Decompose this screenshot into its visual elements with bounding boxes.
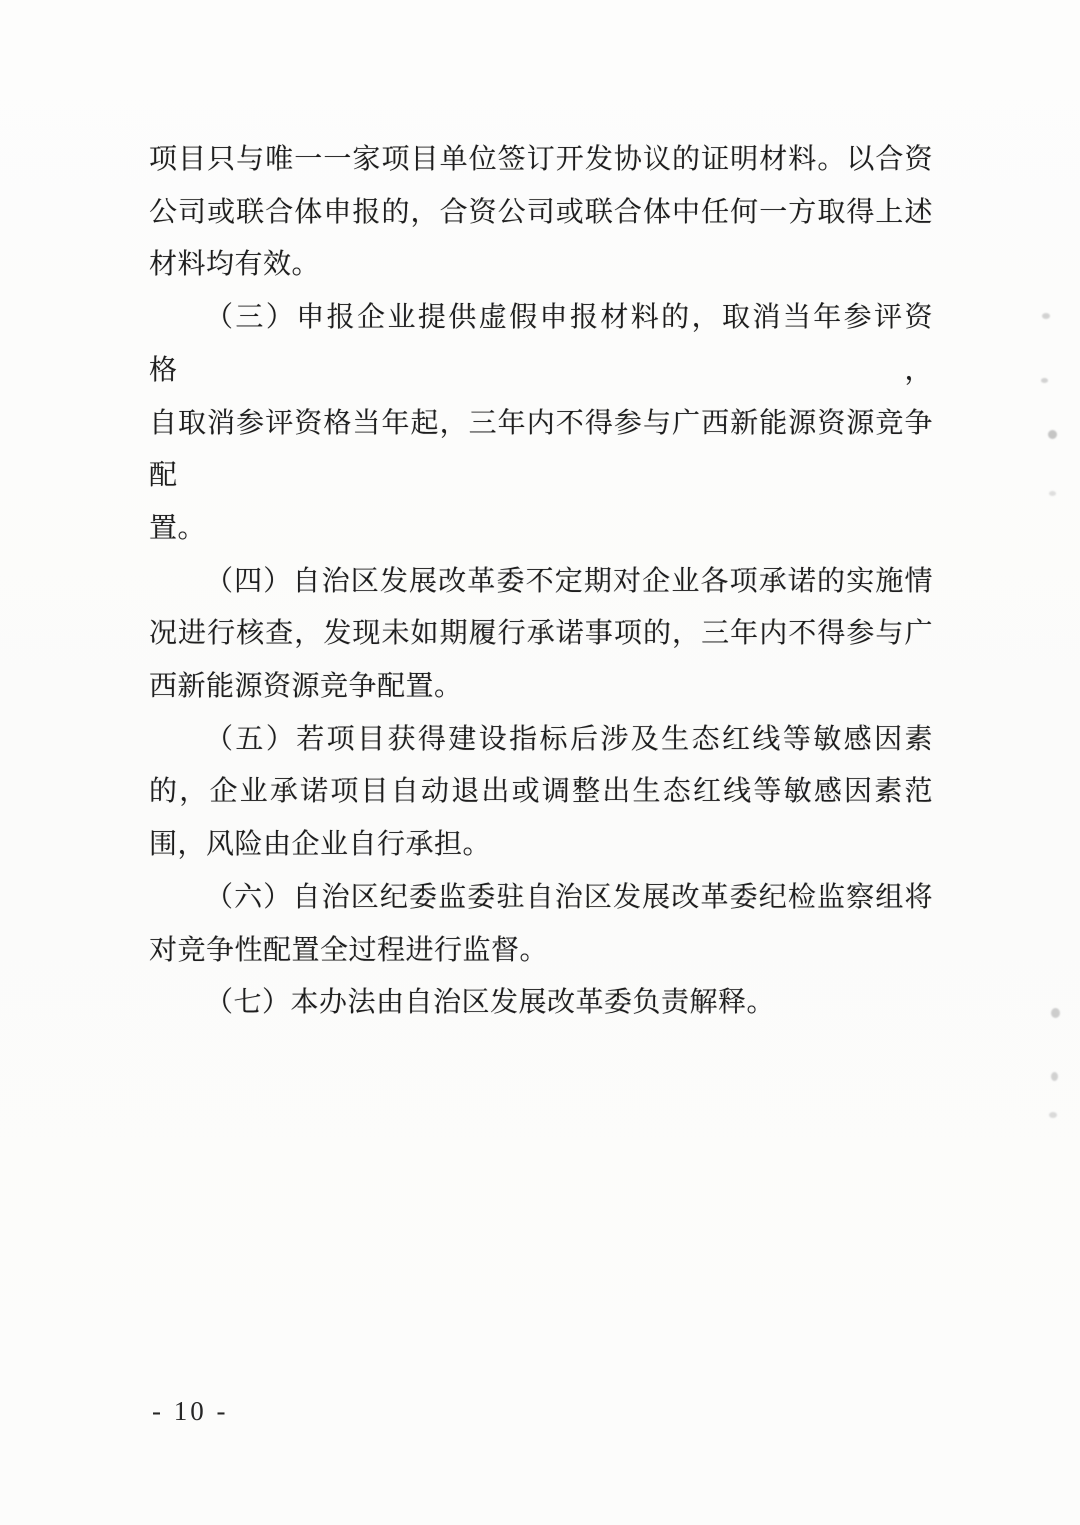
text-line: 围，风险由企业自行承担。 bbox=[149, 819, 933, 872]
text-line: 项目只与唯一一家项目单位签订开发协议的证明材料。以合资 bbox=[149, 134, 933, 187]
scan-artifact bbox=[1041, 378, 1048, 383]
scanned-document-page: 项目只与唯一一家项目单位签订开发协议的证明材料。以合资 公司或联合体申报的，合资… bbox=[0, 0, 1080, 1525]
text-line-item-5: （五）若项目获得建设指标后涉及生态红线等敏感因素 bbox=[149, 714, 933, 767]
text-line: 公司或联合体申报的，合资公司或联合体中任何一方取得上述 bbox=[149, 187, 933, 240]
text-line: 西新能源资源竞争配置。 bbox=[149, 661, 933, 714]
text-line: 的，企业承诺项目自动退出或调整出生态红线等敏感因素范 bbox=[149, 766, 933, 819]
scan-artifact bbox=[1051, 1008, 1060, 1018]
scan-artifact bbox=[1051, 1072, 1058, 1081]
text-line-item-7: （七）本办法由自治区发展改革委负责解释。 bbox=[149, 977, 933, 1030]
scan-artifact bbox=[1042, 313, 1050, 319]
text-line: 况进行核查，发现未如期履行承诺事项的，三年内不得参与广 bbox=[149, 608, 933, 661]
document-body: 项目只与唯一一家项目单位签订开发协议的证明材料。以合资 公司或联合体申报的，合资… bbox=[149, 134, 933, 1030]
scan-artifact bbox=[1048, 430, 1057, 439]
scan-artifact bbox=[1049, 1112, 1057, 1118]
text-line-item-4: （四）自治区发展改革委不定期对企业各项承诺的实施情 bbox=[149, 556, 933, 609]
text-line: 自取消参评资格当年起，三年内不得参与广西新能源资源竞争配 bbox=[149, 398, 933, 503]
page-number: - 10 - bbox=[152, 1396, 228, 1427]
text-line-item-3: （三）申报企业提供虚假申报材料的，取消当年参评资格， bbox=[149, 292, 933, 397]
text-line: 对竞争性配置全过程进行监督。 bbox=[149, 925, 933, 978]
text-line-item-6: （六）自治区纪委监委驻自治区发展改革委纪检监察组将 bbox=[149, 872, 933, 925]
scan-artifact bbox=[1049, 491, 1056, 496]
text-line: 材料均有效。 bbox=[149, 239, 933, 292]
text-line: 置。 bbox=[149, 503, 933, 556]
